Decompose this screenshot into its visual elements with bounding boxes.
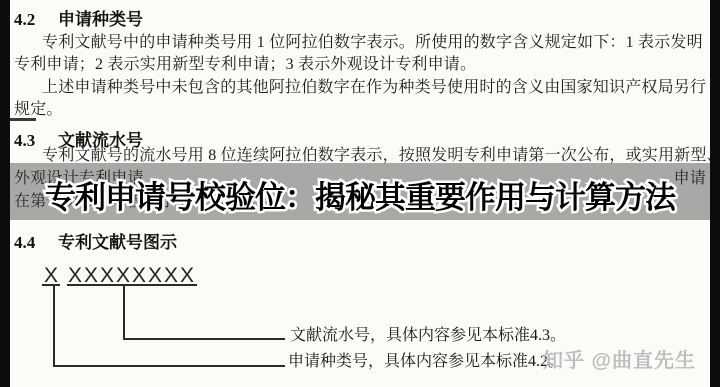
paragraph-line: 专利文献号中的申请种类号用 1 位阿拉伯数字表示。所使用的数字含义规定如下：1 … (42, 33, 703, 53)
paragraph-line: 规定。 (14, 100, 63, 120)
section-4-4-title: 专利文献号图示 (58, 233, 177, 253)
section-4-2-heading: 4.2 申请种类号 (14, 10, 143, 30)
diagram-serial-digits: XXXXXXXX (68, 265, 196, 286)
diagram-connector-line (123, 286, 125, 340)
section-4-2-title: 申请种类号 (58, 10, 143, 30)
diagram-label-type: 申请种类号，具体内容参见本标准4.2。 (288, 352, 564, 372)
edge-bar-right (710, 0, 720, 387)
diagram-label-serial: 文献流水号，具体内容参见本标准4.3。 (290, 326, 566, 346)
diagram-connector-line (53, 365, 285, 367)
scanned-document-page: 4.2 申请种类号 专利文献号中的申请种类号用 1 位阿拉伯数字表示。所使用的数… (0, 0, 720, 387)
diagram-connector-line (123, 338, 285, 340)
diagram-kind-digit: X (44, 265, 58, 286)
section-4-4-heading: 4.4 专利文献号图示 (14, 233, 177, 253)
diagram-underline-kind (42, 284, 60, 286)
paragraph-line: 上述申请种类号中未包含的其他阿拉伯数字在作为种类号使用时的含义由国家知识产权局另… (42, 78, 706, 98)
scan-artifact-rule (10, 118, 36, 121)
headline-overlay: 专利申请号校验位：揭秘其重要作用与计算方法 (0, 163, 720, 220)
edge-bar-left (0, 0, 10, 387)
watermark: 知乎 @曲直先生 (543, 344, 696, 373)
section-4-4-number: 4.4 (14, 233, 58, 253)
paragraph-line: 专利申请；2 表示实用新型专利申请；3 表示外观设计专利申请。 (14, 55, 476, 75)
diagram-connector-line (53, 286, 55, 367)
diagram-underline-serial (67, 284, 197, 286)
section-4-2-number: 4.2 (14, 10, 58, 30)
